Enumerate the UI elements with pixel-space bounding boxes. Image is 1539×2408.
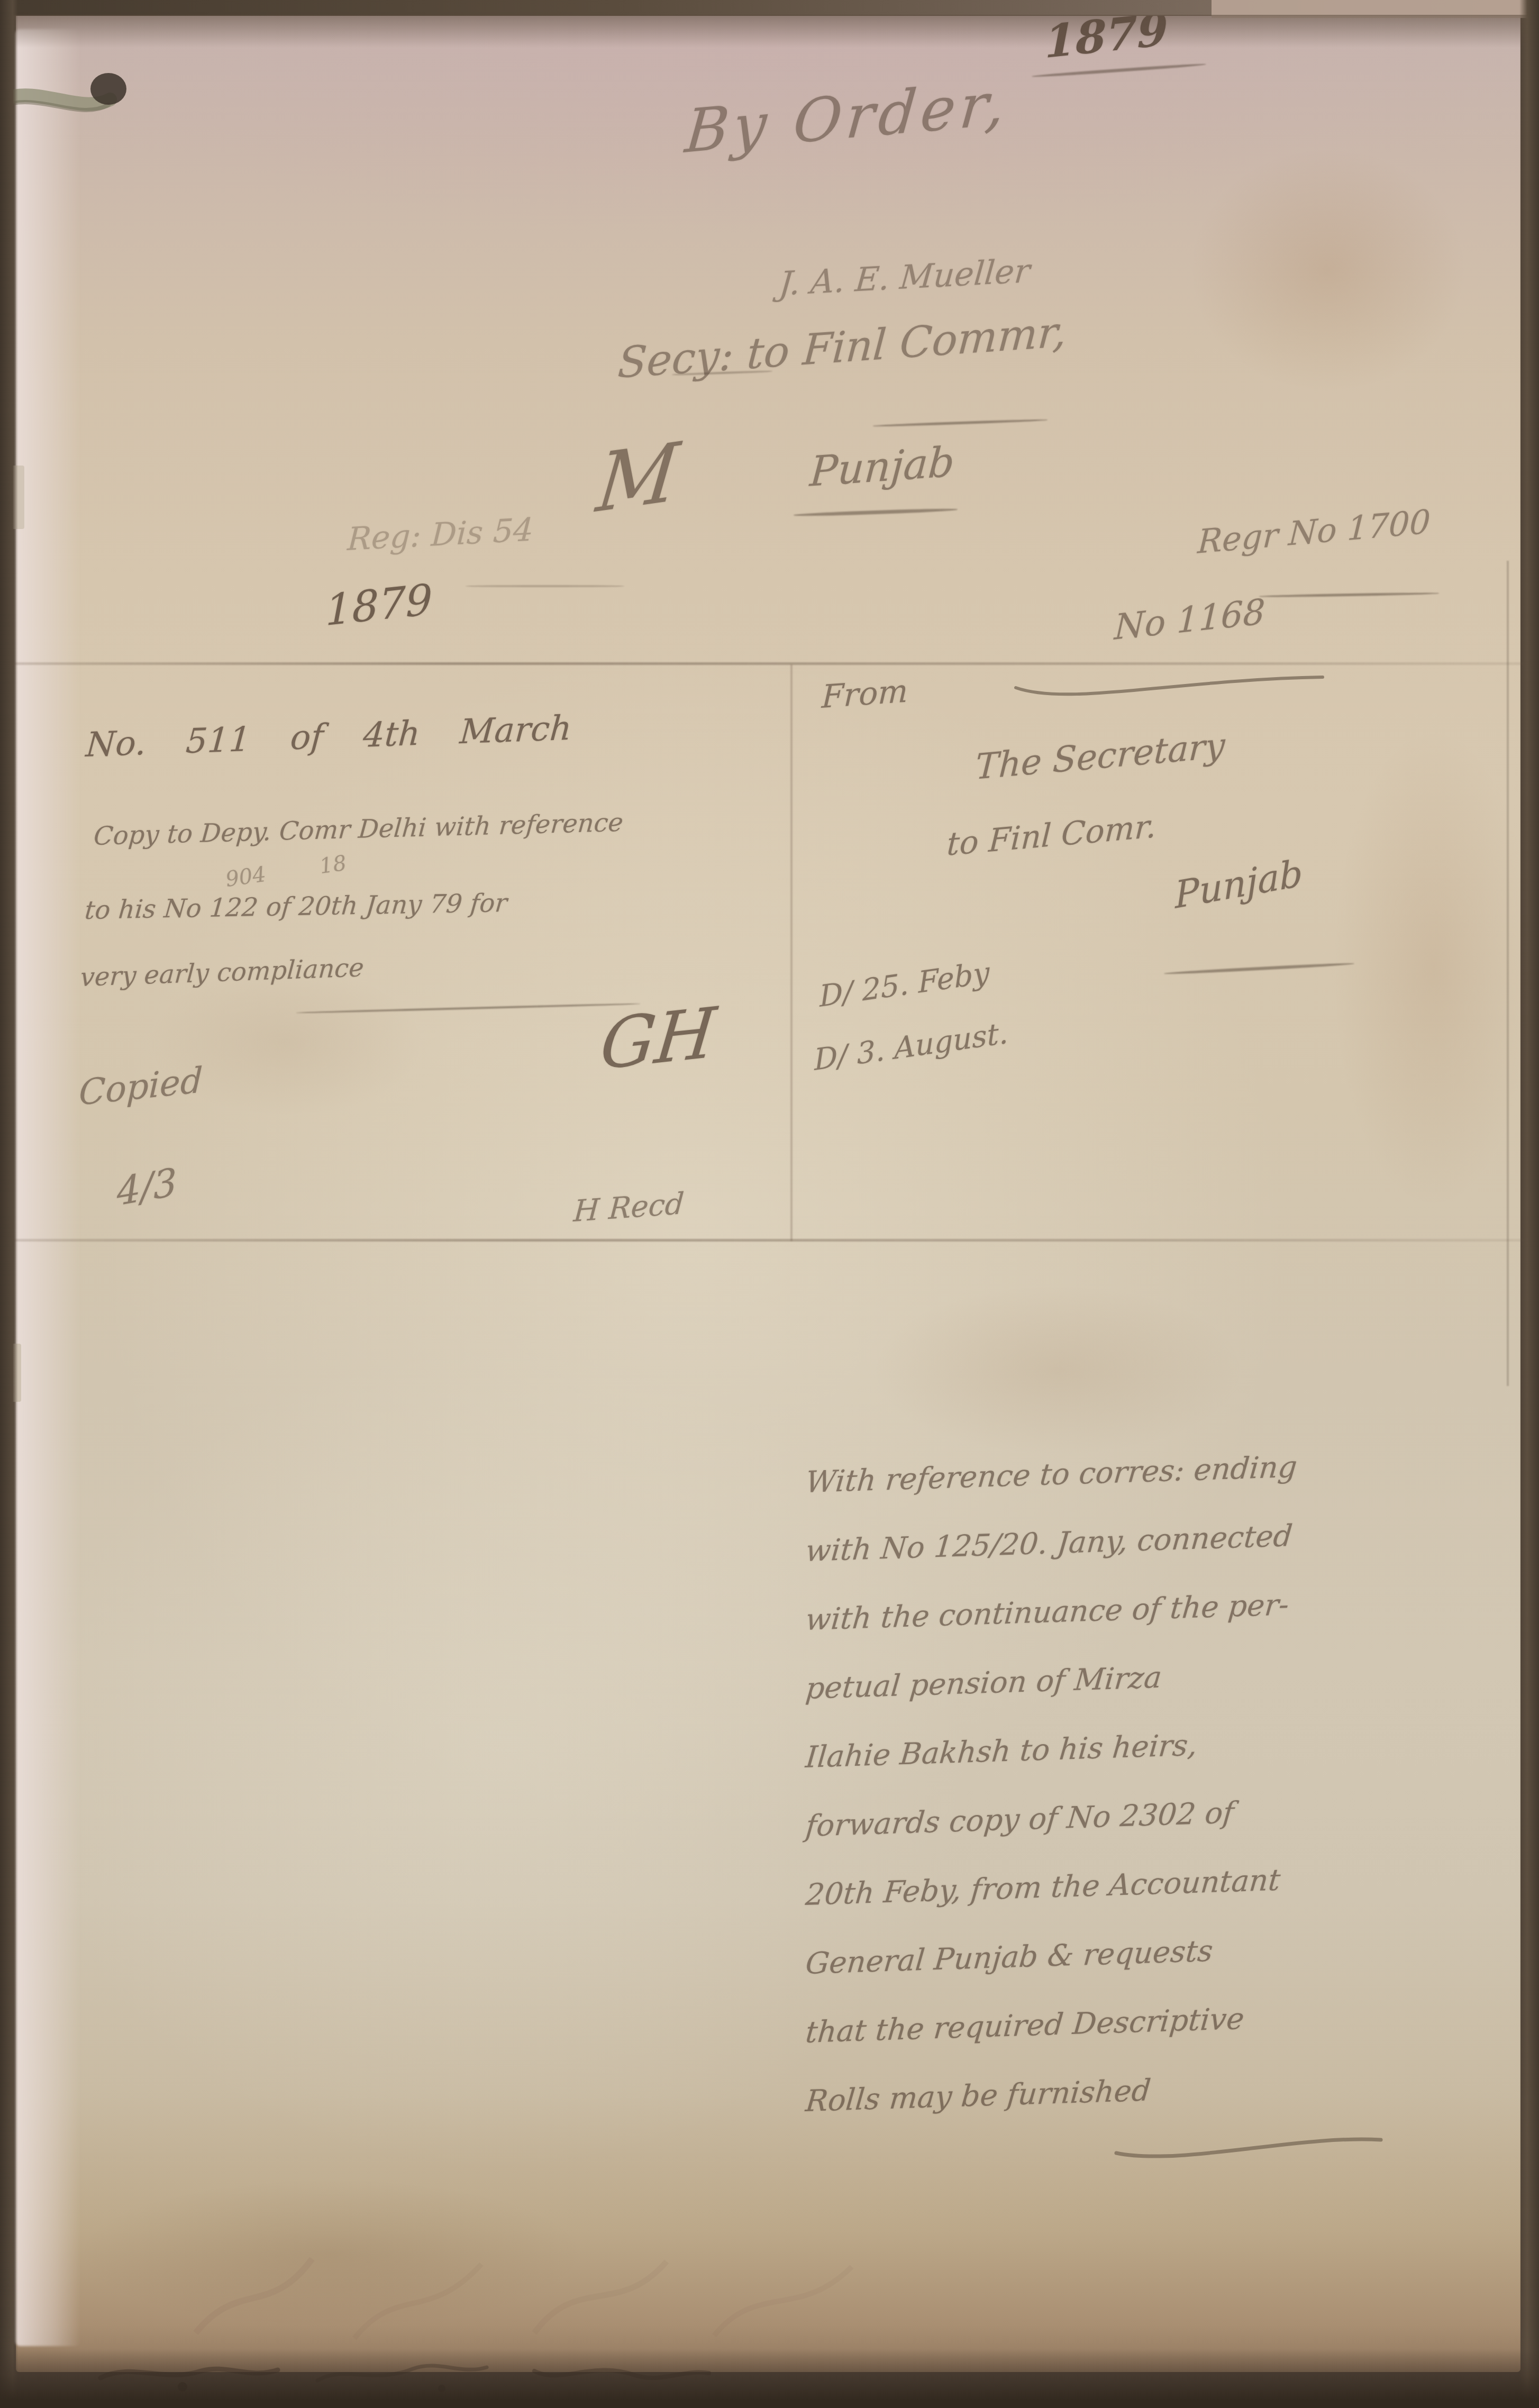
backing-board-right-edge <box>1519 0 1539 2408</box>
monogram-initials: M <box>593 425 683 531</box>
paper-edge-tab <box>0 466 24 529</box>
tissue-overlay-edge <box>15 29 81 2346</box>
from-label: From <box>821 672 908 716</box>
underline-dispatch-note <box>466 585 624 587</box>
clerk-initials: GH <box>597 992 720 1086</box>
scanned-document-scene: 1879 By Order, J. A. E. Mueller Secy: to… <box>0 0 1539 2408</box>
paper-edge-tab <box>0 1344 21 1402</box>
